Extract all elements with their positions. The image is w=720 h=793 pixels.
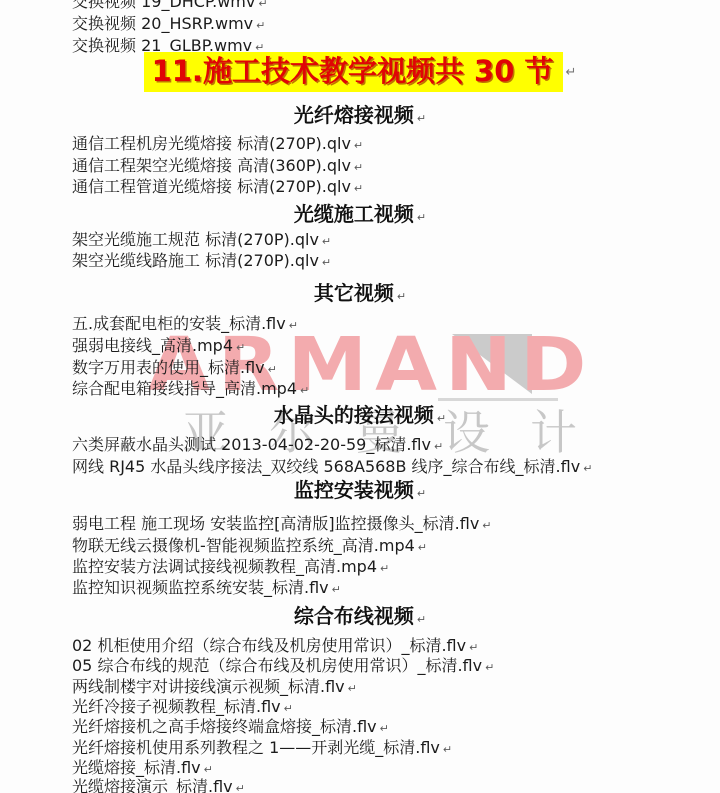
paragraph-mark-icon: ↵ [354, 139, 363, 152]
section-heading: 综合布线视频↵ [0, 605, 720, 631]
file-line: 光缆熔接_标清.flv↵ [72, 758, 213, 779]
paragraph-mark-icon: ↵ [437, 412, 446, 425]
file-line: 交换视频 19_DHCP.wmv↵ [72, 0, 268, 13]
paragraph-mark-icon: ↵ [485, 661, 494, 674]
section-heading: 光纤熔接视频↵ [0, 104, 720, 130]
paragraph-mark-icon: ↵ [418, 541, 427, 554]
paragraph-mark-icon: ↵ [417, 487, 426, 500]
paragraph-mark-icon: ↵ [348, 682, 357, 695]
paragraph-mark-icon: ↵ [397, 290, 406, 303]
file-line: 网线 RJ45 水晶头线序接法_双绞线 568A568B 线序_综合布线_标清.… [72, 457, 592, 478]
paragraph-mark-icon: ↵ [258, 0, 267, 10]
paragraph-mark-icon: ↵ [417, 112, 426, 125]
paragraph-mark-icon: ↵ [322, 256, 331, 269]
document-page: 交换视频 19_DHCP.wmv↵ 交换视频 20_HSRP.wmv↵ 交换视频… [0, 0, 720, 793]
file-line: 架空光缆施工规范 标清(270P).qlv↵ [72, 230, 331, 251]
paragraph-mark-icon: ↵ [236, 782, 245, 793]
paragraph-mark-icon: ↵ [434, 440, 443, 453]
paragraph-mark-icon: ↵ [583, 462, 592, 475]
paragraph-mark-icon: ↵ [417, 613, 426, 626]
file-line: 光纤冷接子视频教程_标清.flv↵ [72, 697, 293, 718]
file-line: 两线制楼宇对讲接线演示视频_标清.flv↵ [72, 677, 357, 698]
file-line: 通信工程机房光缆熔接 标清(270P).qlv↵ [72, 134, 363, 155]
file-line: 光纤熔接机使用系列教程之 1——开剥光缆_标清.flv↵ [72, 738, 452, 759]
paragraph-mark-icon: ↵ [236, 341, 245, 354]
paragraph-mark-icon: ↵ [256, 19, 265, 32]
file-line: 六类屏蔽水晶头测试 2013-04-02-20-59_标清.flv↵ [72, 435, 443, 456]
file-line: 通信工程管道光缆熔接 标清(270P).qlv↵ [72, 177, 363, 198]
paragraph-mark-icon: ↵ [380, 562, 389, 575]
page-title: 11.施工技术教学视频共 30 节 [144, 52, 563, 92]
file-line: 物联无线云摄像机-智能视频监控系统_高清.mp4↵ [72, 536, 427, 557]
paragraph-mark-icon: ↵ [289, 319, 298, 332]
file-line: 监控安装方法调试接线视频教程_高清.mp4↵ [72, 557, 389, 578]
file-line: 监控知识视频监控系统安装_标清.flv↵ [72, 578, 341, 599]
file-line: 强弱电接线_高清.mp4↵ [72, 336, 245, 357]
section-heading: 光缆施工视频↵ [0, 203, 720, 229]
paragraph-mark-icon: ↵ [204, 763, 213, 776]
paragraph-mark-icon: ↵ [482, 519, 491, 532]
file-line: 五.成套配电柜的安装_标清.flv↵ [72, 314, 298, 335]
section-heading: 其它视频↵ [0, 282, 720, 308]
paragraph-mark-icon: ↵ [469, 641, 478, 654]
paragraph-mark-icon: ↵ [417, 211, 426, 224]
file-line: 02 机柜使用介绍（综合布线及机房使用常识）_标清.flv↵ [72, 636, 478, 657]
file-line: 数字万用表的使用_标清.flv↵ [72, 358, 277, 379]
file-line: 05 综合布线的规范（综合布线及机房使用常识）_标清.flv↵ [72, 656, 494, 677]
paragraph-mark-icon: ↵ [354, 182, 363, 195]
file-line: 通信工程架空光缆熔接 高清(360P).qlv↵ [72, 156, 363, 177]
paragraph-mark-icon: ↵ [443, 743, 452, 756]
paragraph-mark-icon: ↵ [332, 583, 341, 596]
paragraph-mark-icon: ↵ [284, 702, 293, 715]
paragraph-mark-icon: ↵ [268, 363, 277, 376]
paragraph-mark-icon: ↵ [300, 384, 309, 397]
paragraph-mark-icon: ↵ [566, 65, 577, 80]
chapter-title-row: 11.施工技术教学视频共 30 节 ↵ [0, 52, 720, 92]
file-line: 综合配电箱接线指导_高清.mp4↵ [72, 379, 309, 400]
file-line: 光纤熔接机之高手熔接终端盒熔接_标清.flv↵ [72, 717, 389, 738]
paragraph-mark-icon: ↵ [354, 161, 363, 174]
paragraph-mark-icon: ↵ [380, 722, 389, 735]
file-line: 光缆熔接演示_标清.flv↵ [72, 777, 245, 793]
file-line: 弱电工程 施工现场 安装监控[高清版]监控摄像头_标清.flv↵ [72, 514, 492, 535]
section-heading: 水晶头的接法视频↵ [0, 404, 720, 430]
section-heading: 监控安装视频↵ [0, 479, 720, 505]
file-line: 架空光缆线路施工 标清(270P).qlv↵ [72, 251, 331, 272]
paragraph-mark-icon: ↵ [322, 235, 331, 248]
file-line: 交换视频 20_HSRP.wmv↵ [72, 14, 265, 35]
